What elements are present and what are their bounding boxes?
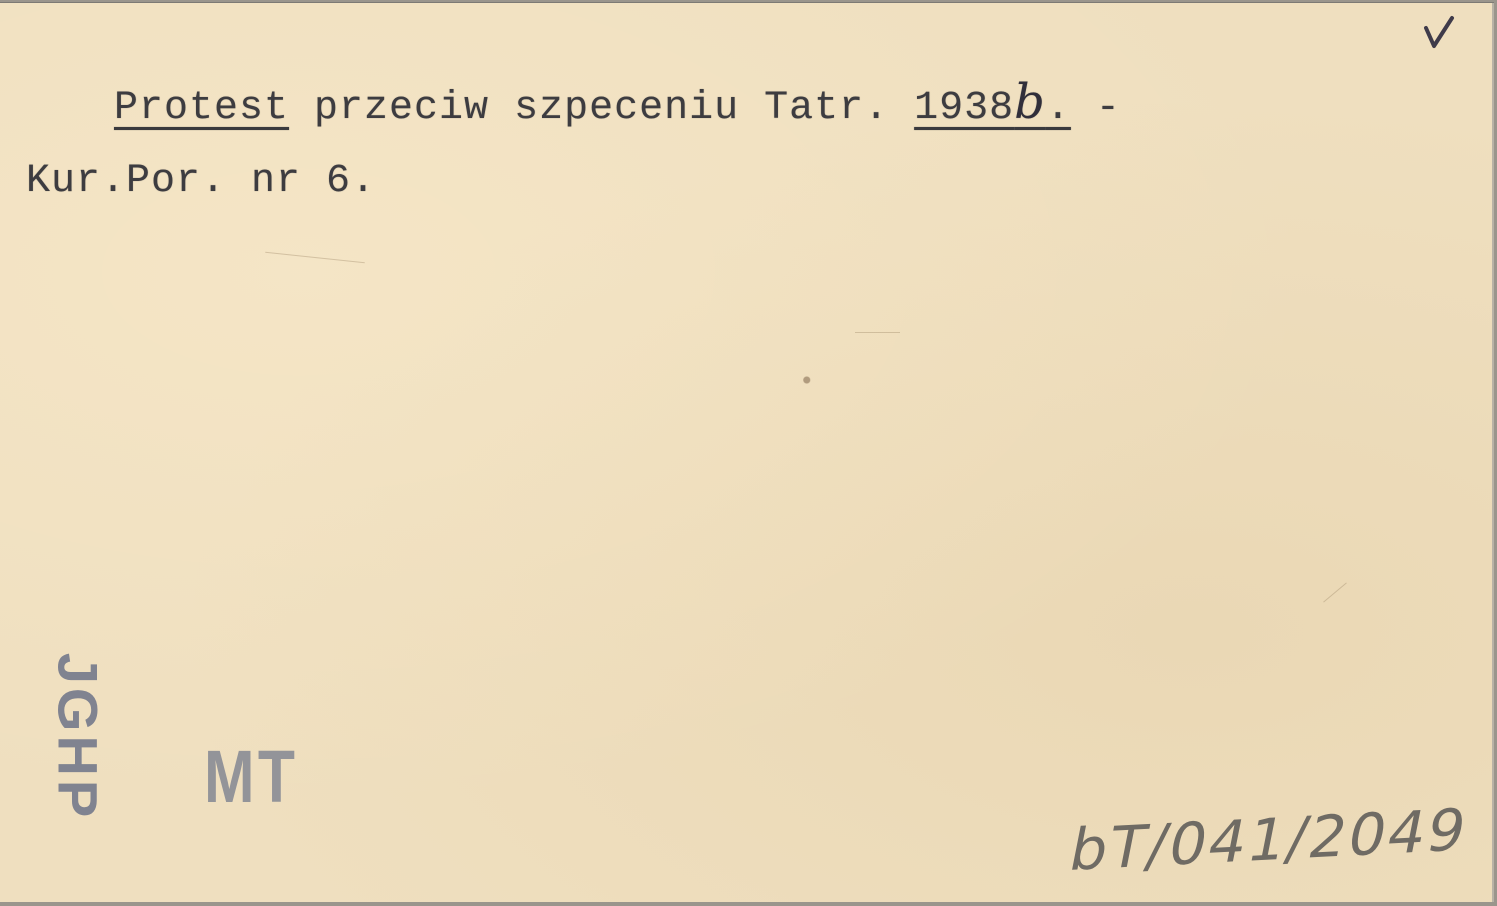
year-underlined: 1938b. <box>914 86 1071 131</box>
paper-fiber <box>1323 582 1347 602</box>
stamp-jghp-text: JGHP <box>46 653 111 822</box>
paper-fiber <box>855 332 900 333</box>
stamp-initials: MT <box>204 740 298 814</box>
stamp-jghp: JGHP <box>42 652 114 822</box>
catalog-card: Protest przeciw szpeceniu Tatr. 1938b. -… <box>0 2 1494 902</box>
title-word-underlined: Protest <box>114 86 289 131</box>
handwritten-b: b <box>1014 74 1046 130</box>
typed-line-title: Protest przeciw szpeceniu Tatr. 1938b. - <box>114 78 1121 129</box>
typed-line-source: Kur.Por. nr 6. <box>26 162 376 202</box>
pencil-signature-number: bT/041/2049 <box>1064 796 1474 884</box>
trailing-dash: - <box>1071 86 1121 131</box>
paper-fiber <box>265 252 365 263</box>
year-digits: 1938 <box>914 86 1014 131</box>
checkmark-icon <box>1422 14 1456 50</box>
year-dot: . <box>1046 86 1071 131</box>
title-rest: przeciw szpeceniu Tatr. <box>289 86 914 131</box>
